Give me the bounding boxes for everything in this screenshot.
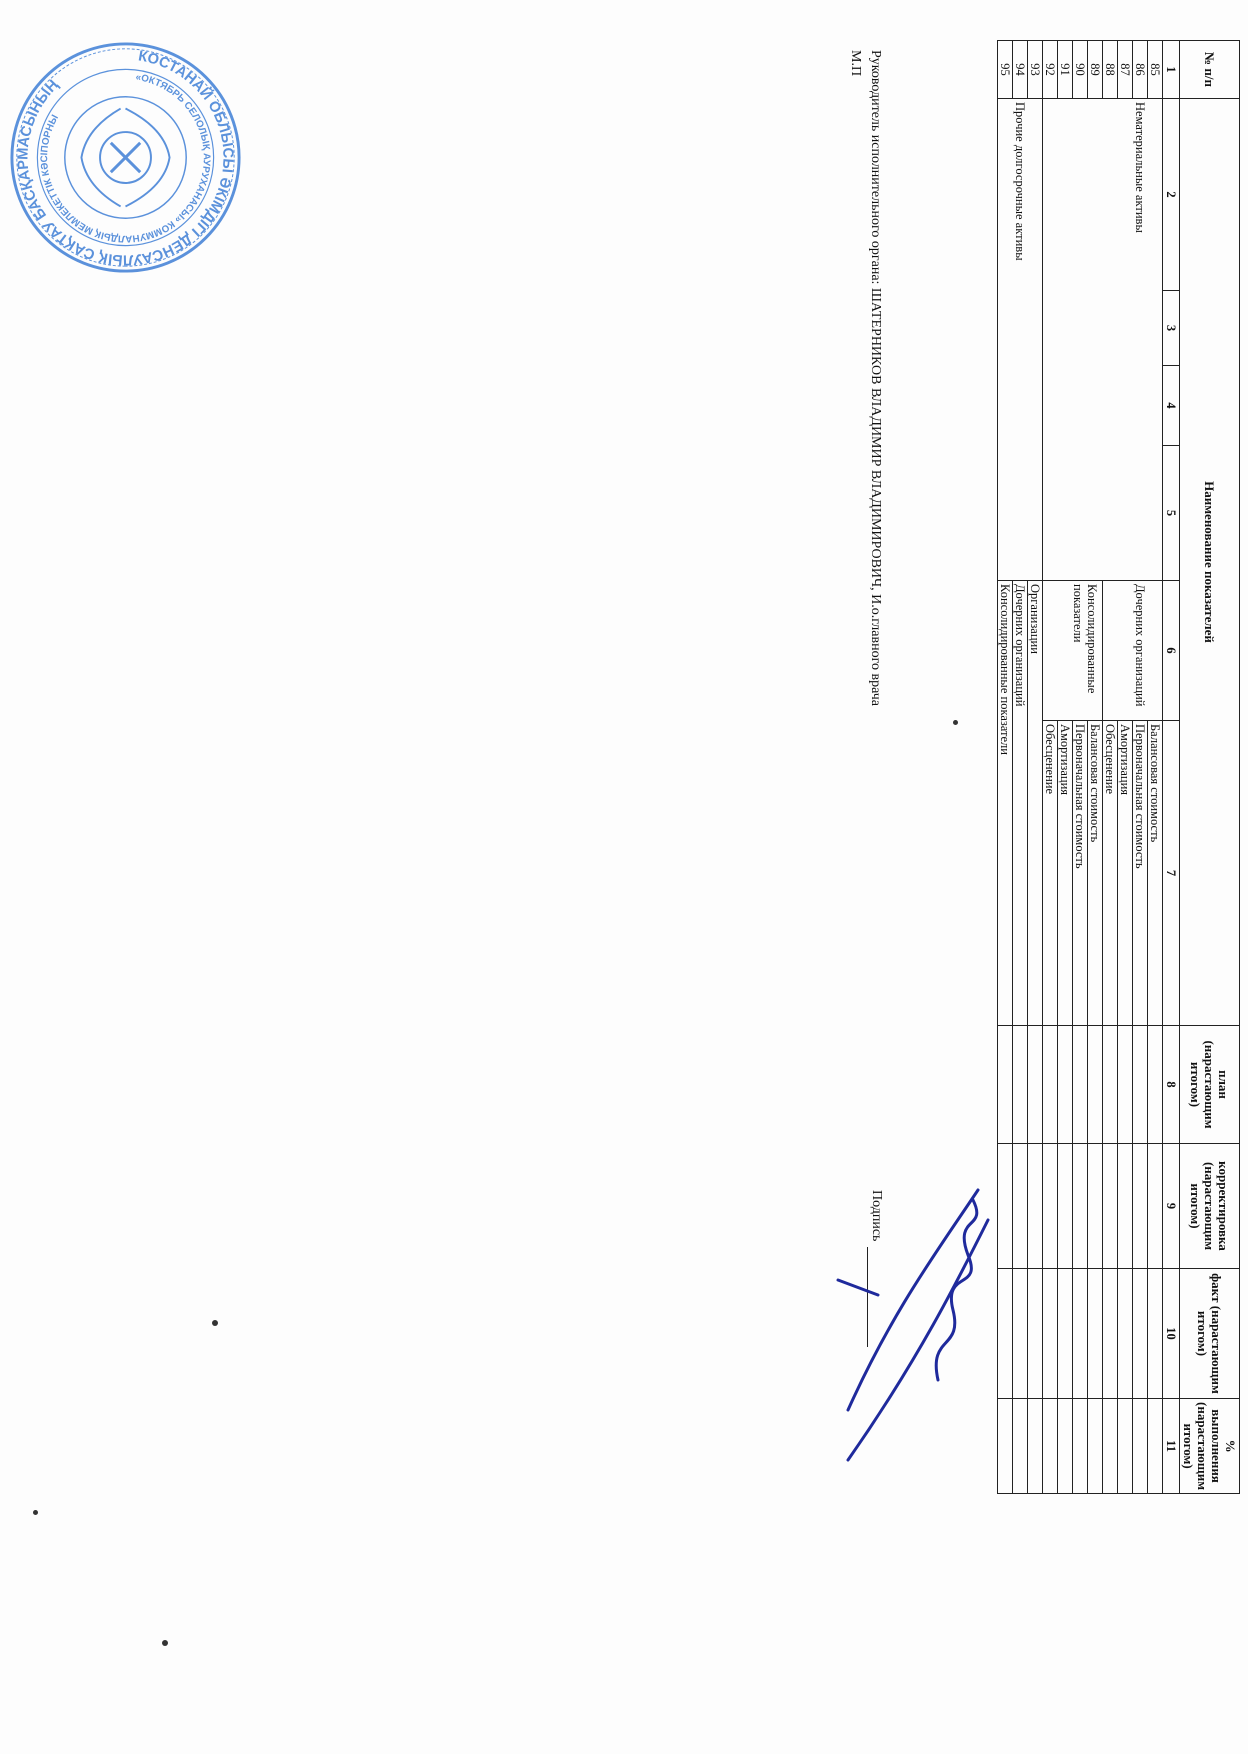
row-number: 85	[1148, 41, 1163, 99]
correction-cell	[1088, 1144, 1103, 1269]
head-of-executive-line: Руководитель исполнительного органа: ШАТ…	[867, 50, 883, 706]
row-number: 94	[1013, 41, 1028, 99]
signature-scribble-icon	[828, 1160, 998, 1500]
colnum: 2	[1163, 99, 1180, 291]
colnum: 4	[1163, 366, 1180, 446]
row-item: Консолидированные показатели	[998, 581, 1013, 1026]
percent-cell	[1118, 1399, 1133, 1494]
percent-cell	[998, 1399, 1013, 1494]
colnum: 3	[1163, 291, 1180, 366]
fact-cell	[1148, 1269, 1163, 1399]
correction-cell	[1043, 1144, 1058, 1269]
percent-cell	[1028, 1399, 1043, 1494]
scan-speck	[162, 1640, 168, 1646]
percent-cell	[1073, 1399, 1088, 1494]
scan-speck	[33, 1510, 38, 1515]
plan-cell	[1088, 1026, 1103, 1144]
row-item: Балансовая стоимость	[1148, 721, 1163, 1026]
fact-cell	[1073, 1269, 1088, 1399]
fact-cell	[1133, 1269, 1148, 1399]
table-row: 93 Прочие долгосрочные активы Организаци…	[1028, 41, 1043, 1494]
document-page: № п/п Наименование показателей план (нар…	[0, 0, 1248, 1754]
table-row: 85 Нематериальные активы Дочерних органи…	[1148, 41, 1163, 1494]
plan-cell	[998, 1026, 1013, 1144]
percent-cell	[1148, 1399, 1163, 1494]
plan-cell	[1013, 1026, 1028, 1144]
percent-cell	[1133, 1399, 1148, 1494]
scan-speck	[953, 720, 958, 725]
colnum: 6	[1163, 581, 1180, 721]
fact-cell	[1103, 1269, 1118, 1399]
mp-label: М.П	[847, 50, 863, 76]
row-item: Балансовая стоимость	[1088, 721, 1103, 1026]
correction-cell	[1103, 1144, 1118, 1269]
fact-cell	[1058, 1269, 1073, 1399]
row-number: 86	[1133, 41, 1148, 99]
correction-cell	[998, 1144, 1013, 1269]
plan-cell	[1073, 1026, 1088, 1144]
plan-cell	[1103, 1026, 1118, 1144]
row-item: Первоначальная стоимость	[1073, 721, 1088, 1026]
group-other-longterm: Прочие долгосрочные активы	[998, 99, 1043, 581]
column-number-row: 1 2 3 4 5 6 7 8 9 10 11	[1163, 41, 1180, 1494]
percent-cell	[1103, 1399, 1118, 1494]
percent-cell	[1013, 1399, 1028, 1494]
percent-cell	[1043, 1399, 1058, 1494]
header-name: Наименование показателей	[1180, 99, 1240, 1026]
row-number: 91	[1058, 41, 1073, 99]
row-number: 93	[1028, 41, 1043, 99]
row-item: Организации	[1028, 581, 1043, 1026]
group-subsidiaries: Дочерних организаций	[1103, 581, 1163, 721]
correction-cell	[1058, 1144, 1073, 1269]
row-number: 87	[1118, 41, 1133, 99]
row-number: 92	[1043, 41, 1058, 99]
plan-cell	[1058, 1026, 1073, 1144]
correction-cell	[1013, 1144, 1028, 1269]
header-percent: % выполнения (нарастающим итогом)	[1180, 1399, 1240, 1494]
group-intangible: Нематериальные активы	[1043, 99, 1163, 581]
percent-cell	[1088, 1399, 1103, 1494]
row-item: Амортизация	[1118, 721, 1133, 1026]
header-num: № п/п	[1180, 41, 1240, 99]
report-table: № п/п Наименование показателей план (нар…	[997, 40, 1240, 1494]
fact-cell	[1118, 1269, 1133, 1399]
plan-cell	[1043, 1026, 1058, 1144]
row-item: Амортизация	[1058, 721, 1073, 1026]
official-stamp-icon: КОСТАНАЙ ОБЛЫСЫ ӘКІМДІГІ ДЕНСАУЛЫҚ САҚТА…	[8, 40, 243, 275]
plan-cell	[1028, 1026, 1043, 1144]
fact-cell	[1088, 1269, 1103, 1399]
header-row: № п/п Наименование показателей план (нар…	[1180, 41, 1240, 1494]
plan-cell	[1148, 1026, 1163, 1144]
colnum: 11	[1163, 1399, 1180, 1494]
colnum: 10	[1163, 1269, 1180, 1399]
header-plan: план (нарастающим итогом)	[1180, 1026, 1240, 1144]
row-item: Дочерних организаций	[1013, 581, 1028, 1026]
percent-cell	[1058, 1399, 1073, 1494]
correction-cell	[1028, 1144, 1043, 1269]
correction-cell	[1148, 1144, 1163, 1269]
row-number: 90	[1073, 41, 1088, 99]
row-number: 95	[998, 41, 1013, 99]
colnum: 5	[1163, 446, 1180, 581]
fact-cell	[1043, 1269, 1058, 1399]
colnum: 8	[1163, 1026, 1180, 1144]
row-number: 88	[1103, 41, 1118, 99]
row-item: Обесценение	[1043, 721, 1058, 1026]
scan-speck	[212, 1320, 218, 1326]
correction-cell	[1133, 1144, 1148, 1269]
correction-cell	[1118, 1144, 1133, 1269]
header-fact: факт (нарастающим итогом)	[1180, 1269, 1240, 1399]
fact-cell	[998, 1269, 1013, 1399]
row-number: 89	[1088, 41, 1103, 99]
row-item: Первоначальная стоимость	[1133, 721, 1148, 1026]
colnum: 7	[1163, 721, 1180, 1026]
plan-cell	[1133, 1026, 1148, 1144]
colnum: 9	[1163, 1144, 1180, 1269]
header-correction: корректировка (нарастающим итогом)	[1180, 1144, 1240, 1269]
fact-cell	[1013, 1269, 1028, 1399]
plan-cell	[1118, 1026, 1133, 1144]
row-item: Обесценение	[1103, 721, 1118, 1026]
group-consolidated: Консолидированные показатели	[1043, 581, 1103, 721]
colnum: 1	[1163, 41, 1180, 99]
correction-cell	[1073, 1144, 1088, 1269]
fact-cell	[1028, 1269, 1043, 1399]
